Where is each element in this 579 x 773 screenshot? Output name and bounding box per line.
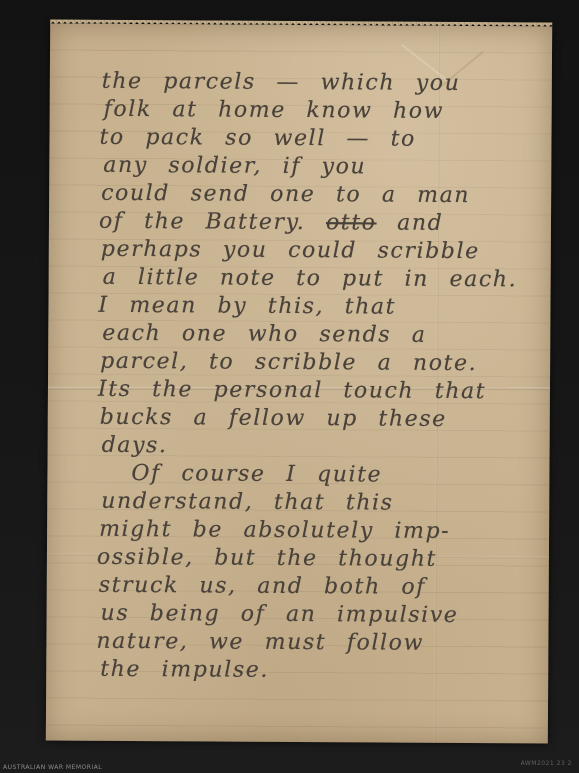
handwriting-line: understand, that this: [101, 488, 543, 519]
handwriting-line: us being of an impulsive: [101, 600, 543, 631]
struck-word: otto: [326, 210, 377, 235]
handwriting-line: nature, we must follow: [96, 628, 542, 659]
handwriting-line: could send one to a man: [101, 180, 545, 211]
handwriting-line: Its the personal touch that: [98, 376, 544, 407]
archive-catalog-number: AWM2021 23 2: [521, 761, 572, 767]
torn-edge: [50, 19, 552, 26]
handwriting-line: to pack so well — to: [99, 124, 545, 155]
handwriting-line-with-strikethrough: of the Battery. otto and: [99, 208, 545, 239]
handwriting-line: the parcels — which you: [102, 68, 546, 99]
handwriting-line: days.: [102, 432, 544, 463]
handwriting-line: Of course I quite: [97, 460, 543, 491]
handwriting-line: might be absolutely imp-: [99, 516, 543, 547]
handwriting-line: ossible, but the thought: [97, 544, 543, 575]
handwriting-line: perhaps you could scribble: [101, 236, 545, 267]
handwriting-line: struck us, and both of: [99, 572, 543, 603]
handwriting-line: I mean by this, that: [98, 292, 544, 323]
archival-mat-background: the parcels — which you folk at home kno…: [0, 0, 579, 773]
handwriting-line: a little note to put in each.: [103, 264, 545, 295]
handwriting-line: bucks a fellow up these: [100, 404, 544, 435]
handwritten-text: the parcels — which you folk at home kno…: [98, 68, 546, 687]
handwriting-line: any soldier, if you: [103, 152, 545, 183]
strike-line-pre: of the Battery.: [99, 209, 326, 235]
archive-institution-watermark: AUSTRALIAN WAR MEMORIAL: [3, 765, 102, 771]
handwriting-line: each one who sends a: [102, 320, 544, 351]
handwriting-line: parcel, to scribble a note.: [100, 348, 544, 379]
handwriting-line: folk at home know how: [104, 96, 546, 127]
letter-page: the parcels — which you folk at home kno…: [46, 23, 552, 743]
handwriting-line: the impulse.: [100, 656, 542, 687]
strike-line-post: and: [376, 210, 443, 235]
